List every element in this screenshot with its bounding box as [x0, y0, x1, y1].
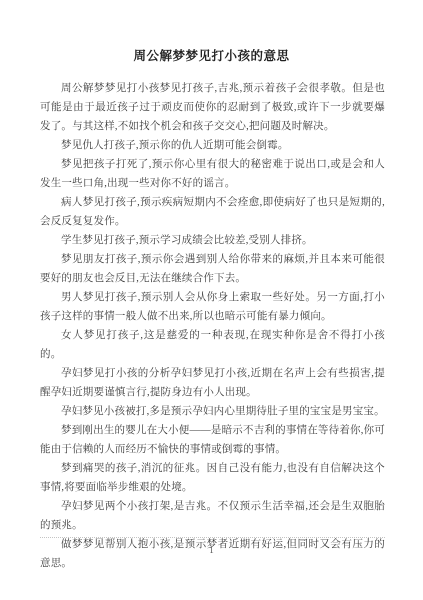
paragraph: 梦见朋友打孩子,预示你会遇到别人给你带来的麻烦,并且本来可能很要好的朋友也会反目…	[40, 250, 385, 288]
paragraph: 梦见仇人打孩子,预示你的仇人近期可能会倒霉。	[40, 136, 385, 155]
document-page: 周公解梦梦见打小孩的意思 周公解梦梦见打小孩梦见打孩子,吉兆,预示着孩子会很孝敬…	[0, 0, 423, 600]
paragraph: 梦见把孩子打死了,预示你心里有很大的秘密难于说出口,或是会和人发生一些口角,出现…	[40, 155, 385, 193]
paragraph: 病人梦见打孩子,预示疾病短期内不会痊愈,即使病好了也只是短期的,会反反复复发作。	[40, 193, 385, 231]
paragraph: 男人梦见打孩子,预示别人会从你身上索取一些好处。另一方面,打小孩子这样的事情一般…	[40, 288, 385, 326]
footer-divider	[40, 537, 385, 538]
paragraph: 梦到刚出生的婴儿在大小便——是暗示不吉利的事情在等待着你,你可能由于信赖的人而经…	[40, 421, 385, 459]
paragraph: 孕妇梦见打小孩的分析孕妇梦见打小孩,近期在名声上会有些损害,提醒孕妇近期要谨慎言…	[40, 364, 385, 402]
paragraph: 孕妇梦见两个小孩打架,是吉兆。不仅预示生活幸福,还会是生双胞胎的预兆。	[40, 497, 385, 535]
paragraph: 周公解梦梦见打小孩梦见打孩子,吉兆,预示着孩子会很孝敬。但是也可能是由于最近孩子…	[40, 79, 385, 136]
paragraph: 女人梦见打孩子,这是慈爱的一种表现,在现实种你是舍不得打小孩的。	[40, 326, 385, 364]
page-number: 1	[0, 545, 423, 555]
document-body: 周公解梦梦见打小孩梦见打孩子,吉兆,预示着孩子会很孝敬。但是也可能是由于最近孩子…	[40, 79, 385, 573]
paragraph: 孕妇梦见小孩被打,多是预示孕妇内心里期待肚子里的宝宝是男宝宝。	[40, 402, 385, 421]
paragraph: 学生梦见打孩子,预示学习成绩会比较差,受别人排挤。	[40, 231, 385, 250]
paragraph: 梦到痛哭的孩子,消沉的征兆。因自己没有能力,也没有自信解决这个事情,将要面临举步…	[40, 459, 385, 497]
page-title: 周公解梦梦见打小孩的意思	[0, 0, 423, 64]
